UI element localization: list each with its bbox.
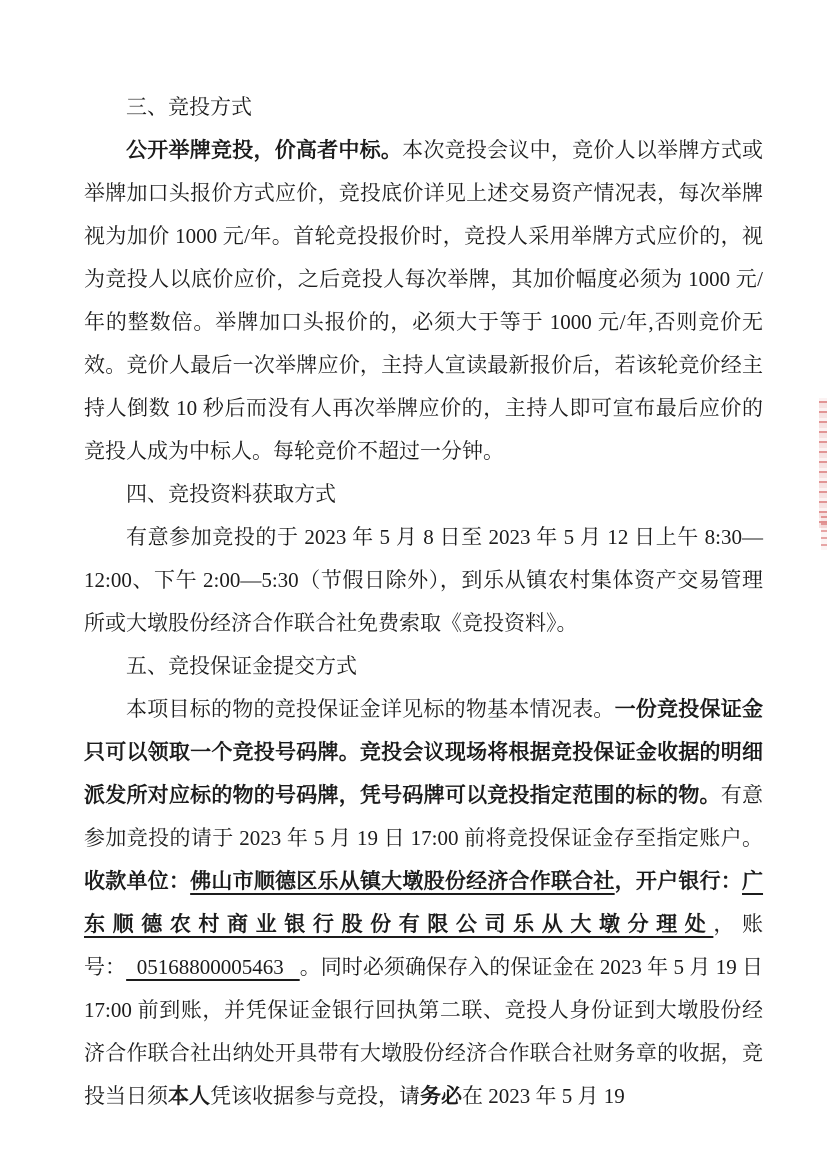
- page-footer: 7: [0, 1088, 827, 1104]
- red-margin-annotation: [819, 398, 827, 528]
- section-4-paragraph: 有意参加竞投的于 2023 年 5 月 8 日至 2023 年 5 月 12 日…: [84, 516, 763, 645]
- text-run: 四、竞投资料获取方式: [126, 482, 336, 506]
- text-run: ，: [615, 869, 636, 893]
- section-4-heading: 四、竞投资料获取方式: [84, 473, 763, 516]
- text-run: 有意参加竞投的于 2023 年 5 月 8 日至 2023 年 5 月 12 日…: [84, 525, 763, 635]
- section-3-paragraph: 公开举牌竞投，价高者中标。本次竞投会议中，竞价人以举牌方式或举牌加口头报价方式应…: [84, 129, 763, 473]
- text-run: 收款单位：: [84, 869, 190, 893]
- red-margin-annotation-small: [821, 516, 827, 550]
- text-run: 公开举牌竞投，价高者中标。: [126, 138, 402, 162]
- text-run: 五、竞投保证金提交方式: [126, 654, 357, 678]
- page-number: 7: [410, 1088, 417, 1103]
- text-run: 本项目标的物的竞投保证金详见标的物基本情况表。: [126, 697, 615, 721]
- section-3-heading: 三、竞投方式: [84, 86, 763, 129]
- section-5-heading: 五、竞投保证金提交方式: [84, 645, 763, 688]
- section-5-paragraph: 本项目标的物的竞投保证金详见标的物基本情况表。一份竞投保证金只可以领取一个竞投号…: [84, 688, 763, 1118]
- text-run: 开户银行：: [636, 869, 742, 893]
- document-body: 三、竞投方式公开举牌竞投，价高者中标。本次竞投会议中，竞价人以举牌方式或举牌加口…: [84, 86, 763, 1118]
- text-run: 本次竞投会议中，竞价人以举牌方式或举牌加口头报价方式应价，竞投底价详见上述交易资…: [84, 138, 763, 463]
- text-run: 佛山市顺德区乐从镇大墩股份经济合作联合社: [190, 869, 615, 893]
- text-run: 三、竞投方式: [126, 95, 252, 119]
- document-page: 三、竞投方式公开举牌竞投，价高者中标。本次竞投会议中，竞价人以举牌方式或举牌加口…: [0, 0, 827, 1169]
- text-run: 05168800005463: [126, 955, 300, 979]
